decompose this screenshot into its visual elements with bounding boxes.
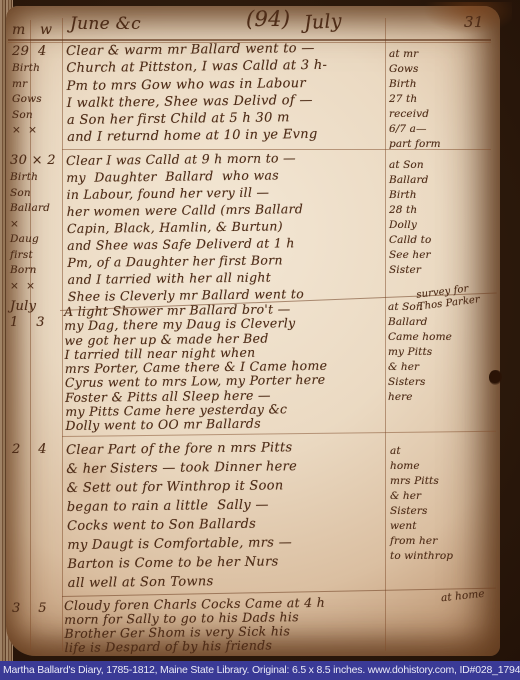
entry-body-text: Clear & warm mr Ballard went to — Church… <box>66 39 389 147</box>
entry-body-text: Clear I was Calld at 9 h morn to — my Da… <box>66 148 390 305</box>
entry-side-note: at home mrs Pitts & her Sisters went fro… <box>390 444 453 564</box>
entry-side-note: at mr Gows Birth 27 th receivd 6/7 a— pa… <box>389 47 441 152</box>
header-day-column: m <box>12 22 26 38</box>
header-week-column: w <box>40 22 52 38</box>
entry-date: 29 4 <box>12 44 47 60</box>
entry-marginal-note: Birth mr Gows Son × × <box>12 61 42 139</box>
entry-body-text: A light Shower mr Ballard bro't — my Dag… <box>64 301 390 434</box>
column-rule-week <box>62 18 63 651</box>
entry-date: July 1 3 <box>10 299 45 331</box>
image-caption-bar: Martha Ballard's Diary, 1785-1812, Maine… <box>0 661 520 680</box>
entry-side-note: at Son Ballard Birth 28 th Dolly Calld t… <box>389 158 431 278</box>
entry-date: 3 5 <box>12 601 47 617</box>
entry-date: 2 4 <box>12 442 47 458</box>
page-number: (94) <box>246 7 290 31</box>
diary-page-photo: m w June &c (94) July 31 29 4 Birth mr G… <box>0 0 520 661</box>
entry-body-text: Clear Part of the fore n mrs Pitts & her… <box>66 437 390 593</box>
entry-side-note: at Son Ballard Came home my Pitts & her … <box>388 300 452 405</box>
entry-marginal-note: Birth Son Ballard × Daug first Born × × <box>10 170 50 294</box>
days-in-month: 31 <box>464 13 484 31</box>
header-month-july: July <box>303 10 342 34</box>
entry-date: 30 × 2 <box>10 153 56 169</box>
entry-body-text: Cloudy foren Charls Cocks Came at 4 h mo… <box>64 595 391 655</box>
header-month-june: June &c <box>70 14 141 34</box>
